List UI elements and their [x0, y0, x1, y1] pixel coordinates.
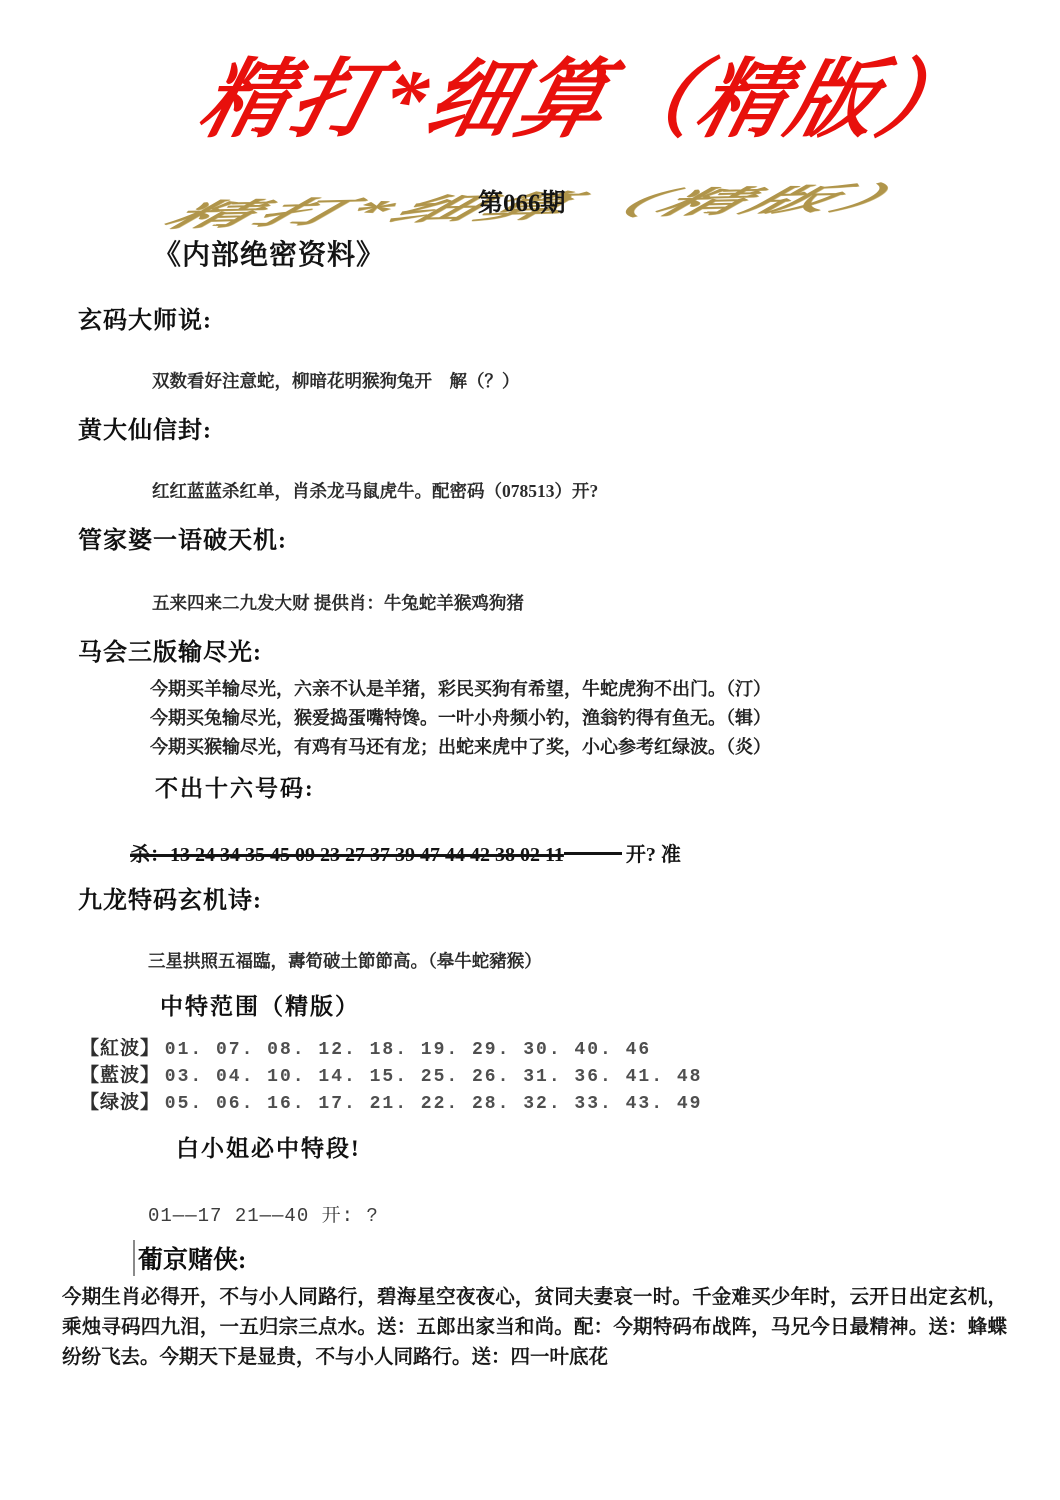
wave-row-red: 【紅波】 01. 07. 08. 12. 18. 19. 29. 30. 40.… [80, 1033, 651, 1060]
wave-numbers-red: 01. 07. 08. 12. 18. 19. 29. 30. 40. 46 [165, 1040, 651, 1060]
wave-numbers-green: 05. 06. 16. 17. 21. 22. 28. 32. 33. 43. … [165, 1094, 703, 1114]
section-heading-pujing: 葡京赌侠: [133, 1240, 246, 1276]
section-heading-baixiaojie: 白小姐必中特段! [176, 1130, 361, 1163]
section-heading-huangdaxian: 黄大仙信封: [78, 410, 212, 445]
wave-label-blue: 【藍波】 [80, 1065, 160, 1086]
kill-numbers-struck: 杀：13 24 34 35 45 09 23 27 37 39 47 44 42… [130, 844, 564, 866]
wave-row-green: 【绿波】 05. 06. 16. 17. 21. 22. 28. 32. 33.… [80, 1087, 702, 1114]
xuanma-text: 双数看好注意蛇，柳暗花明猴狗兔开 解（？） [152, 368, 520, 393]
section-heading-sixteen: 不出十六号码: [155, 770, 315, 803]
pujing-text: 今期生肖必得开，不与小人同路行，碧海星空夜夜心，贫同夫妻哀一时。千金难买少年时，… [62, 1283, 1007, 1373]
document-page: 精打*细算（精版） 精打*细算（精版） 第066期 《内部绝密资料》 玄码大师说… [0, 0, 1060, 1500]
section-heading-mahui: 马会三版输尽光: [78, 632, 262, 667]
kill-result: 开? 准 [626, 844, 681, 866]
mahui-line-3: 今期买猴输尽光，有鸡有马还有龙；出蛇来虎中了奖，小心参考红绿波。（炎） [150, 733, 771, 762]
jiulong-poem: 三星拱照五福臨，夀筍破土節節高。（皋牛蛇豬猴） [148, 948, 542, 973]
mahui-line-1: 今期买羊输尽光，六亲不认是羊猪，彩民买狗有希望，牛蛇虎狗不出门。（汀） [150, 675, 771, 704]
section-heading-jiulong: 九龙特码玄机诗: [78, 880, 262, 915]
subtitle: 《内部绝密资料》 [153, 233, 385, 273]
strike-line-extension [564, 852, 622, 855]
baixiaojie-range: 01——17 21——40 开: ? [148, 1200, 379, 1227]
section-heading-guanjiapo: 管家婆一语破天机: [78, 520, 287, 555]
masthead-title: 精打*细算（精版） [190, 30, 988, 154]
masthead: 精打*细算（精版） [205, 30, 972, 154]
wave-label-green: 【绿波】 [80, 1092, 160, 1113]
guanjiapo-text: 五来四来二九发大财 提供肖：牛兔蛇羊猴鸡狗猪 [152, 590, 524, 615]
mahui-lines: 今期买羊输尽光，六亲不认是羊猪，彩民买狗有希望，牛蛇虎狗不出门。（汀） 今期买兔… [150, 675, 771, 762]
mahui-line-2: 今期买兔输尽光，猴爱捣蛋嘴特馋。一叶小舟频小钓，渔翁钓得有鱼无。（辑） [150, 704, 771, 733]
wave-row-blue: 【藍波】 03. 04. 10. 14. 15. 25. 26. 31. 36.… [80, 1060, 702, 1087]
issue-number: 第066期 [478, 183, 566, 219]
section-heading-xuanma: 玄码大师说: [78, 300, 212, 335]
section-heading-waves: 中特范围（精版） [160, 988, 360, 1021]
wave-numbers-blue: 03. 04. 10. 14. 15. 25. 26. 31. 36. 41. … [165, 1067, 703, 1087]
huangdaxian-text: 红红蓝蓝杀红单，肖杀龙马鼠虎牛。配密码（078513）开? [152, 478, 598, 503]
wave-label-red: 【紅波】 [80, 1038, 160, 1059]
kill-numbers-row: 杀：13 24 34 35 45 09 23 27 37 39 47 44 42… [130, 838, 681, 867]
